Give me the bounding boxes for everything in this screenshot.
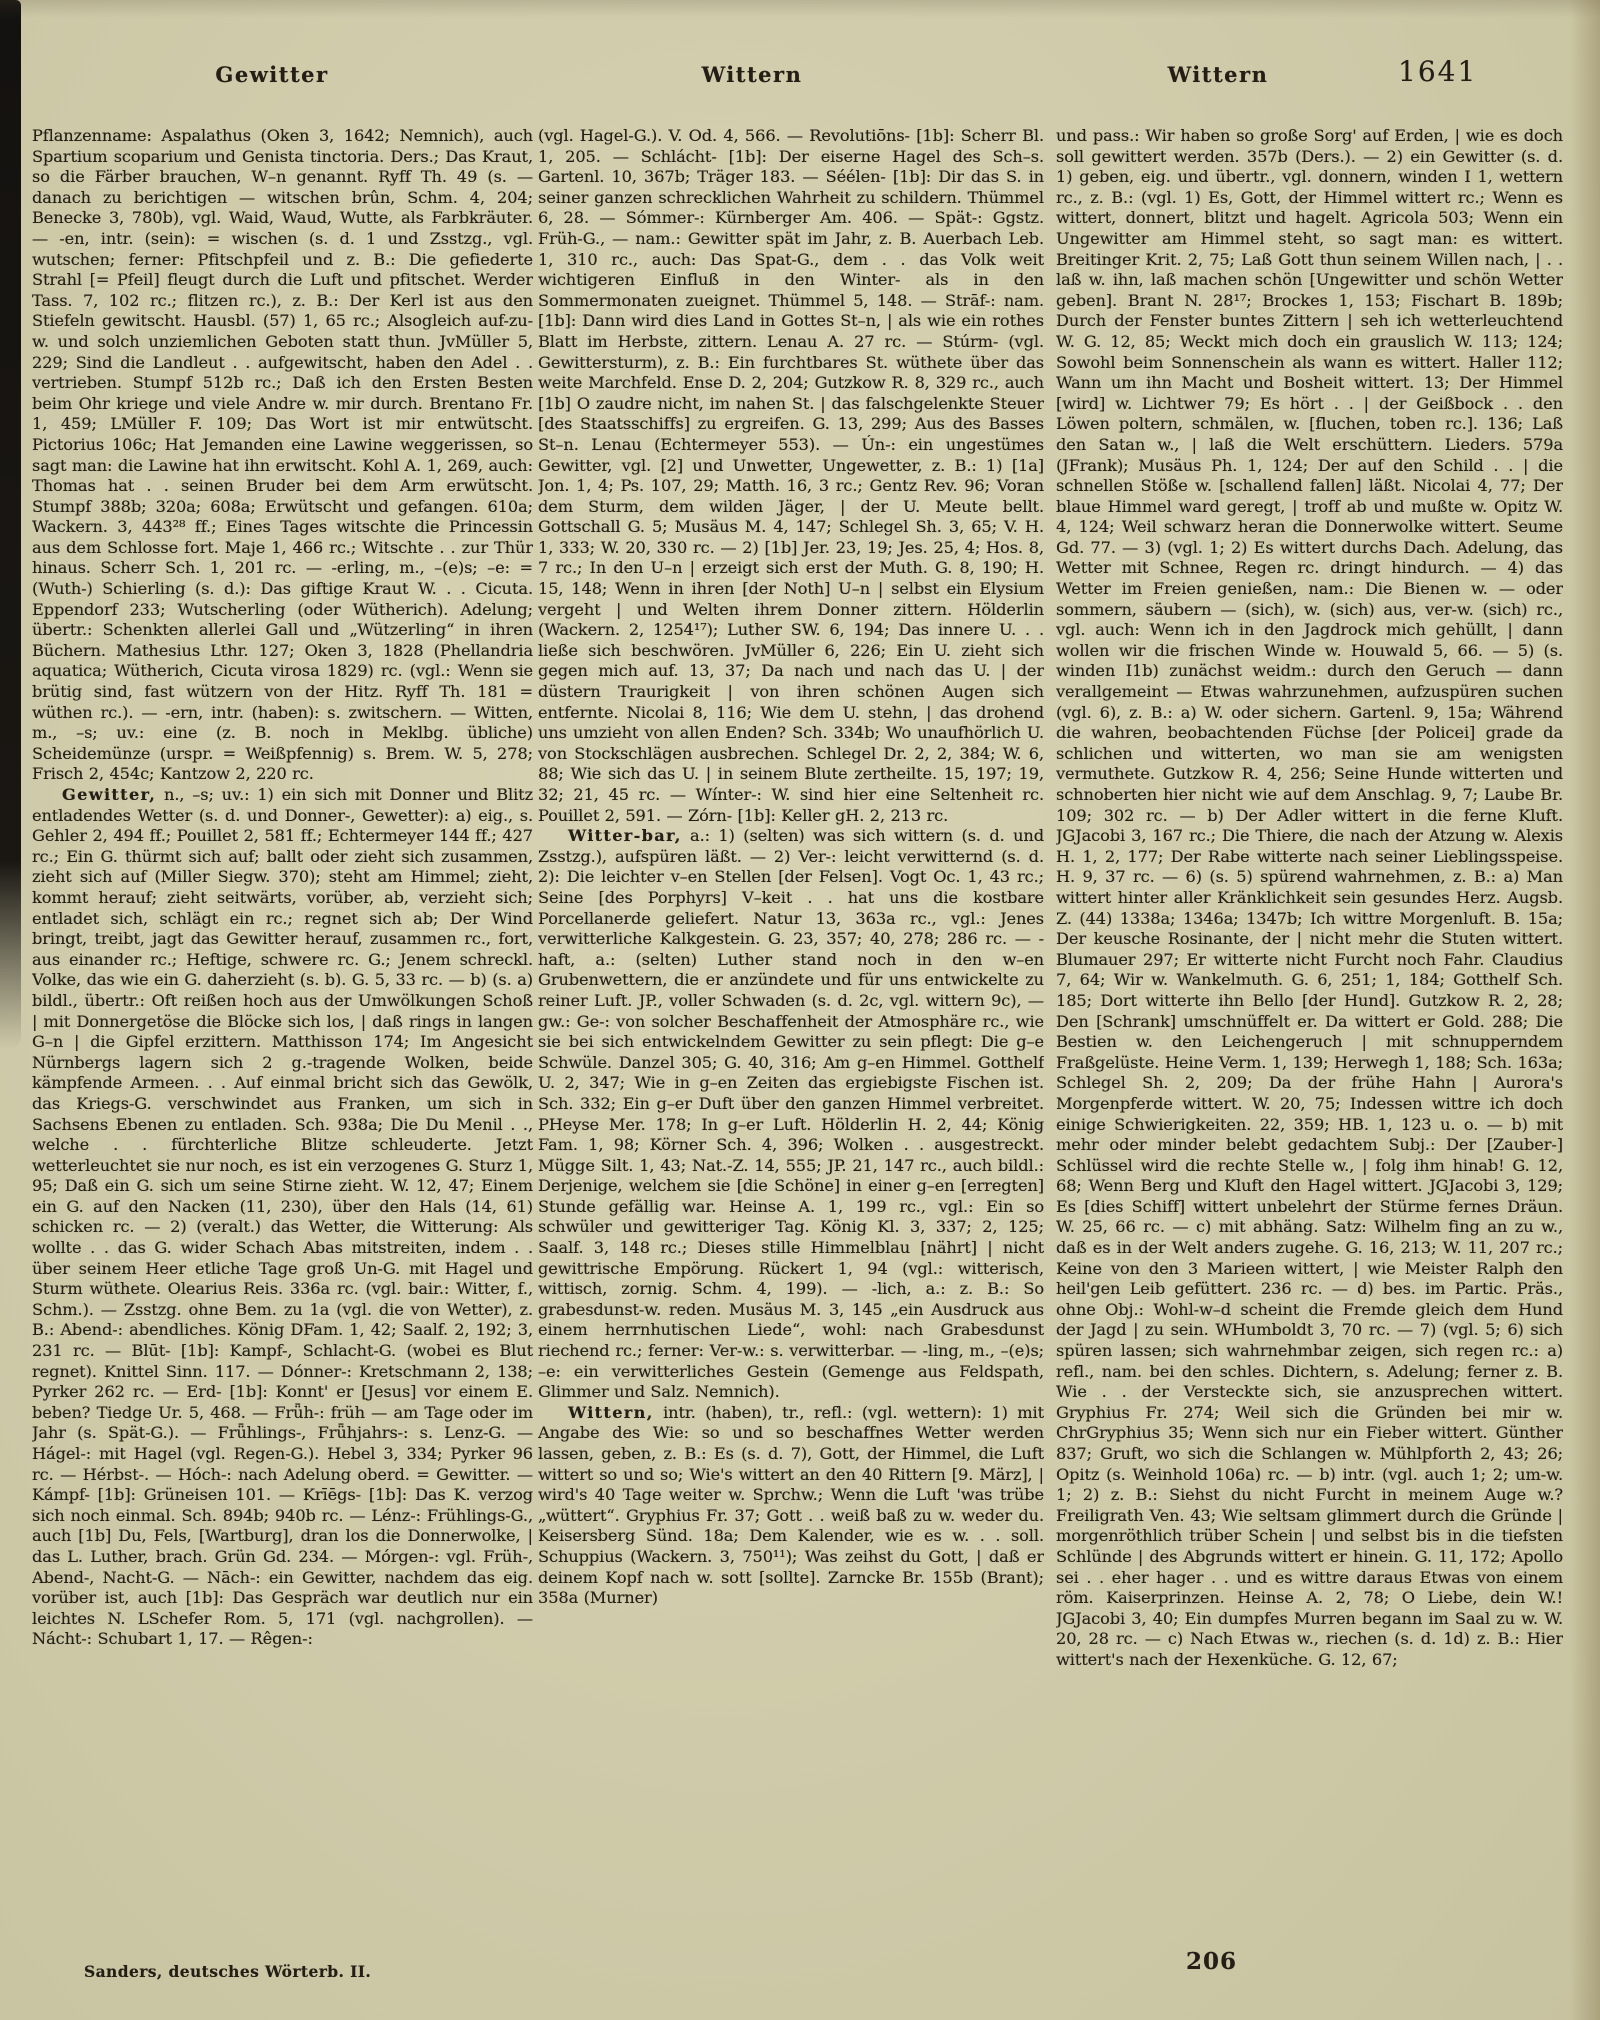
entry-body: intr. (haben), tr., refl.: (vgl. wettern…	[538, 1403, 1044, 1607]
running-head-right: Wittern	[1108, 62, 1328, 87]
entry-headword: Wittern,	[568, 1403, 654, 1422]
scan-edge-artifact	[0, 0, 21, 1050]
entry-gewitter: Gewitter, n., –s; uv.: 1) ein sich mit D…	[32, 785, 533, 1650]
entry-body: a.: 1) (selten) was sich wittern (s. d. …	[538, 826, 1044, 1401]
entry-body: Pflanzenname: Aspalathus (Oken 3, 1642; …	[32, 126, 533, 783]
entry-body: n., –s; uv.: 1) ein sich mit Donner und …	[32, 785, 533, 1648]
entry-wittern: Wittern, intr. (haben), tr., refl.: (vgl…	[538, 1403, 1044, 1609]
text-column-2: (vgl. Hagel-G.). V. Od. 4, 566. — Revolu…	[538, 126, 1044, 1914]
text-column-3: und pass.: Wir haben so große Sorg' auf …	[1056, 126, 1563, 1914]
entry-gewitter-continuation: (vgl. Hagel-G.). V. Od. 4, 566. — Revolu…	[538, 126, 1044, 826]
entry-wittern-continuation: und pass.: Wir haben so große Sorg' auf …	[1056, 126, 1563, 1671]
entry-witsche-continuation: Pflanzenname: Aspalathus (Oken 3, 1642; …	[32, 126, 533, 785]
volume-signature: Sanders, deutsches Wörterb. II.	[84, 1962, 371, 1981]
entry-headword: Gewitter,	[62, 785, 156, 804]
entry-body: und pass.: Wir haben so große Sorg' auf …	[1056, 126, 1563, 1669]
running-head-center: Wittern	[642, 62, 862, 87]
entry-headword: Witter-bar,	[568, 826, 682, 845]
sheet-number: 206	[1186, 1948, 1237, 1975]
page-top-shading	[0, 0, 1600, 18]
scanned-dictionary-page: Gewitter Wittern Wittern 1641 Pflanzenna…	[0, 0, 1600, 2020]
text-column-1: Pflanzenname: Aspalathus (Oken 3, 1642; …	[32, 126, 533, 1914]
running-head-left: Gewitter	[162, 62, 382, 87]
page-right-shading	[1570, 0, 1600, 2020]
entry-body: (vgl. Hagel-G.). V. Od. 4, 566. — Revolu…	[538, 126, 1044, 825]
entry-witterbar: Witter-bar, a.: 1) (selten) was sich wit…	[538, 826, 1044, 1403]
page-number: 1641	[1398, 55, 1477, 88]
